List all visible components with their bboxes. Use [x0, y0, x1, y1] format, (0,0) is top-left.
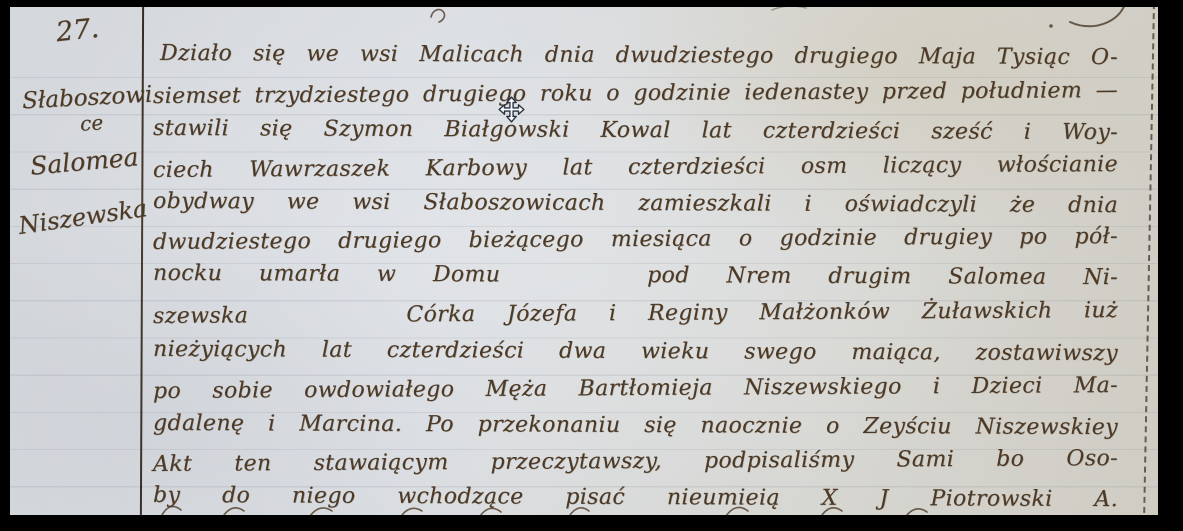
record-text-line: obydway we wsi Słaboszowicach zamieszkal…	[153, 189, 1118, 229]
screenshot-root: { "colors": { "frame": "#000000", "paper…	[0, 0, 1183, 531]
record-text-line: nocku umarła w Domu pod Nrem drugim Salo…	[153, 261, 1118, 301]
record-text-line: ciech Wawrzaszek Karbowy lat czterdzieśc…	[153, 152, 1118, 194]
record-text-line: nieżyiących lat czterdzieści dwa wieku s…	[153, 337, 1118, 377]
right-edge-rule-line	[1143, 7, 1155, 515]
margin-place-name-line1: Słaboszowi	[21, 82, 152, 115]
record-text-line: by do niego wchodzące pisać nieumieią X …	[153, 483, 1118, 515]
margin-deceased-name-line1: Salomea	[29, 142, 140, 180]
margin-place-name-line2: ce	[79, 110, 104, 136]
record-text-line: stawili się Szymon Białgowski Kowal lat …	[153, 116, 1118, 156]
record-text-line: dwudziestego drugiego bieżącego miesiąca…	[153, 224, 1118, 266]
margin-deceased-name-line2: Niszewska	[17, 194, 149, 240]
record-text-line: po sobie owdowiałego Męża Bartłomieja Ni…	[153, 373, 1118, 415]
record-text-line: Działo się we wsi Malicach dnia dwudzies…	[160, 41, 1118, 81]
record-text-line: Akt ten stawaiącym przeczytawszy, podpis…	[153, 446, 1118, 488]
record-text-line: szewska Córka Józefa i Reginy Małżonków …	[153, 298, 1118, 340]
move-cursor-icon	[498, 96, 525, 123]
record-text-line: siemset trzydziestego drugiego roku o go…	[153, 78, 1118, 120]
document-scan-canvas[interactable]: 27. Słaboszowi ce Salomea Niszewska Dzia…	[10, 7, 1158, 515]
record-text-line: gdalenę i Marcina. Po przekonaniu się na…	[153, 411, 1118, 451]
margin-record-number: 27.	[54, 13, 100, 48]
